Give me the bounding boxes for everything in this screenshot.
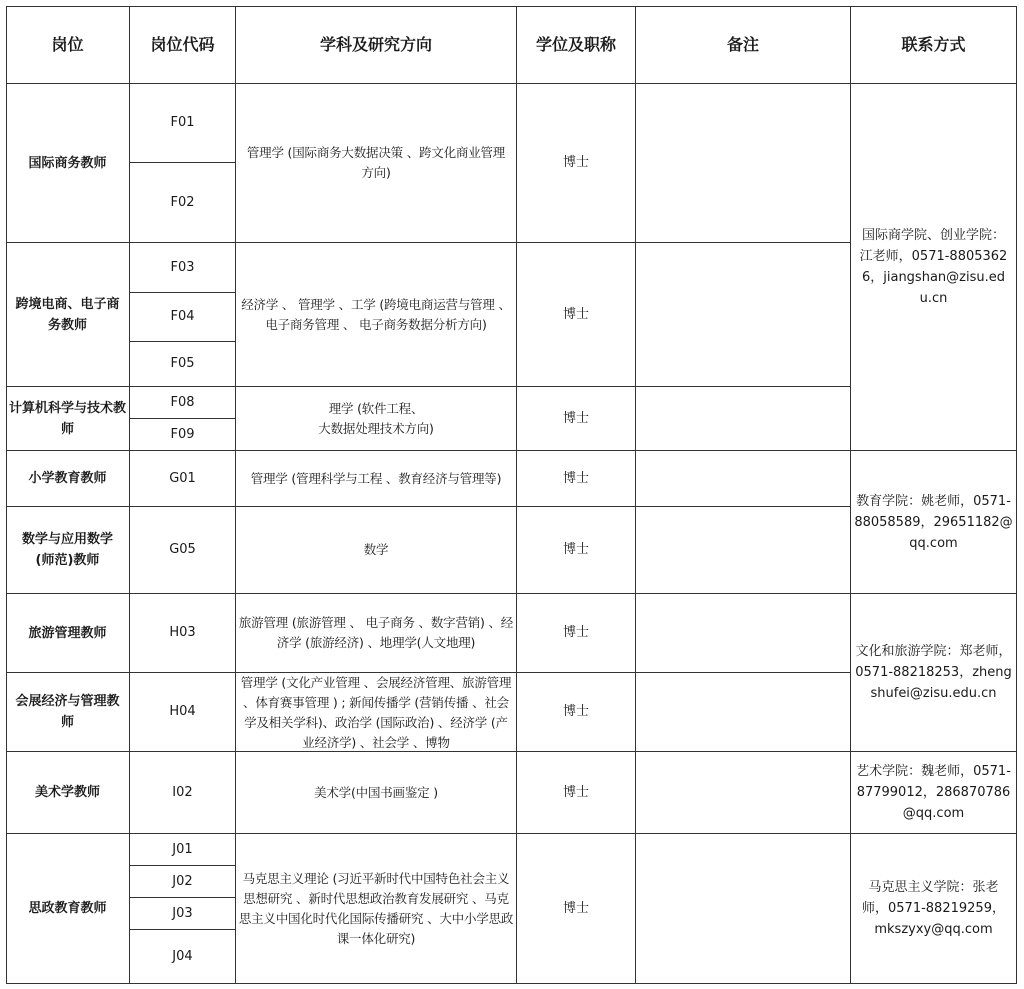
- remark-cell: [636, 387, 851, 451]
- position-cell: 数学与应用数学(师范)教师: [6, 507, 130, 594]
- header-code: 岗位代码: [130, 6, 236, 84]
- code-cell: H04: [130, 673, 236, 752]
- code-cell: F09: [130, 419, 236, 451]
- subject-cell: 旅游管理 (旅游管理 、 电子商务 、数字营销) 、经济学 (旅游经济) 、地理…: [236, 594, 517, 673]
- position-cell: 美术学教师: [6, 752, 130, 834]
- code-cell: J02: [130, 866, 236, 898]
- remark-cell: [636, 507, 851, 594]
- subject-cell: 管理学 (管理科学与工程 、教育经济与管理等): [236, 451, 517, 507]
- degree-cell: 博士: [517, 673, 636, 752]
- contact-cell: 艺术学院：魏老师，0571-87799012，286870786@qq.com: [851, 752, 1017, 834]
- subject-line: 大数据处理技术方向): [318, 419, 433, 439]
- code-cell: J03: [130, 898, 236, 930]
- code-cell: J01: [130, 834, 236, 866]
- code-cell: F05: [130, 342, 236, 387]
- contact-cell: 文化和旅游学院：郑老师，0571-88218253，zhengshufei@zi…: [851, 594, 1017, 752]
- header-degree: 学位及职称: [517, 6, 636, 84]
- position-cell: 计算机科学与技术教师: [6, 387, 130, 451]
- contact-cell: 马克思主义学院：张老师，0571-88219259，mkszyxy@qq.com: [851, 834, 1017, 984]
- code-cell: I02: [130, 752, 236, 834]
- header-subject: 学科及研究方向: [236, 6, 517, 84]
- degree-cell: 博士: [517, 243, 636, 387]
- subject-cell: 马克思主义理论 (习近平新时代中国特色社会主义思想研究 、新时代思想政治教育发展…: [236, 834, 517, 984]
- degree-cell: 博士: [517, 84, 636, 243]
- remark-cell: [636, 594, 851, 673]
- subject-cell: 美术学(中国书画鉴定 ): [236, 752, 517, 834]
- remark-cell: [636, 834, 851, 984]
- code-cell: G01: [130, 451, 236, 507]
- position-cell: 小学教育教师: [6, 451, 130, 507]
- position-cell: 跨境电商、电子商务教师: [6, 243, 130, 387]
- degree-cell: 博士: [517, 387, 636, 451]
- subject-cell: 管理学 (国际商务大数据决策 、跨文化商业管理方向): [236, 84, 517, 243]
- remark-cell: [636, 243, 851, 387]
- code-cell: F08: [130, 387, 236, 419]
- header-contact: 联系方式: [851, 6, 1017, 84]
- remark-cell: [636, 84, 851, 243]
- header-remark: 备注: [636, 6, 851, 84]
- code-cell: G05: [130, 507, 236, 594]
- remark-cell: [636, 451, 851, 507]
- position-cell: 旅游管理教师: [6, 594, 130, 673]
- code-cell: F04: [130, 293, 236, 342]
- code-cell: F02: [130, 163, 236, 243]
- position-cell: 思政教育教师: [6, 834, 130, 984]
- subject-cell: 经济学 、 管理学 、工学 (跨境电商运营与管理 、 电子商务管理 、 电子商务…: [236, 243, 517, 387]
- subject-cell: 管理学 (文化产业管理 、会展经济管理、旅游管理 、体育赛事管理 ) ; 新闻传…: [236, 673, 517, 752]
- code-cell: H03: [130, 594, 236, 673]
- subject-line: 理学 (软件工程、: [329, 399, 424, 419]
- code-cell: F03: [130, 243, 236, 293]
- degree-cell: 博士: [517, 451, 636, 507]
- degree-cell: 博士: [517, 834, 636, 984]
- subject-cell: 理学 (软件工程、 大数据处理技术方向): [236, 387, 517, 451]
- degree-cell: 博士: [517, 507, 636, 594]
- degree-cell: 博士: [517, 752, 636, 834]
- position-cell: 会展经济与管理教师: [6, 673, 130, 752]
- code-cell: J04: [130, 930, 236, 984]
- degree-cell: 博士: [517, 594, 636, 673]
- subject-cell: 数学: [236, 507, 517, 594]
- header-position: 岗位: [6, 6, 130, 84]
- remark-cell: [636, 673, 851, 752]
- code-cell: F01: [130, 84, 236, 163]
- contact-cell: 教育学院：姚老师，0571-88058589，29651182@qq.com: [851, 451, 1017, 594]
- contact-cell: 国际商学院、创业学院：江老师，0571-88053626，jiangshan@z…: [851, 84, 1017, 451]
- remark-cell: [636, 752, 851, 834]
- position-cell: 国际商务教师: [6, 84, 130, 243]
